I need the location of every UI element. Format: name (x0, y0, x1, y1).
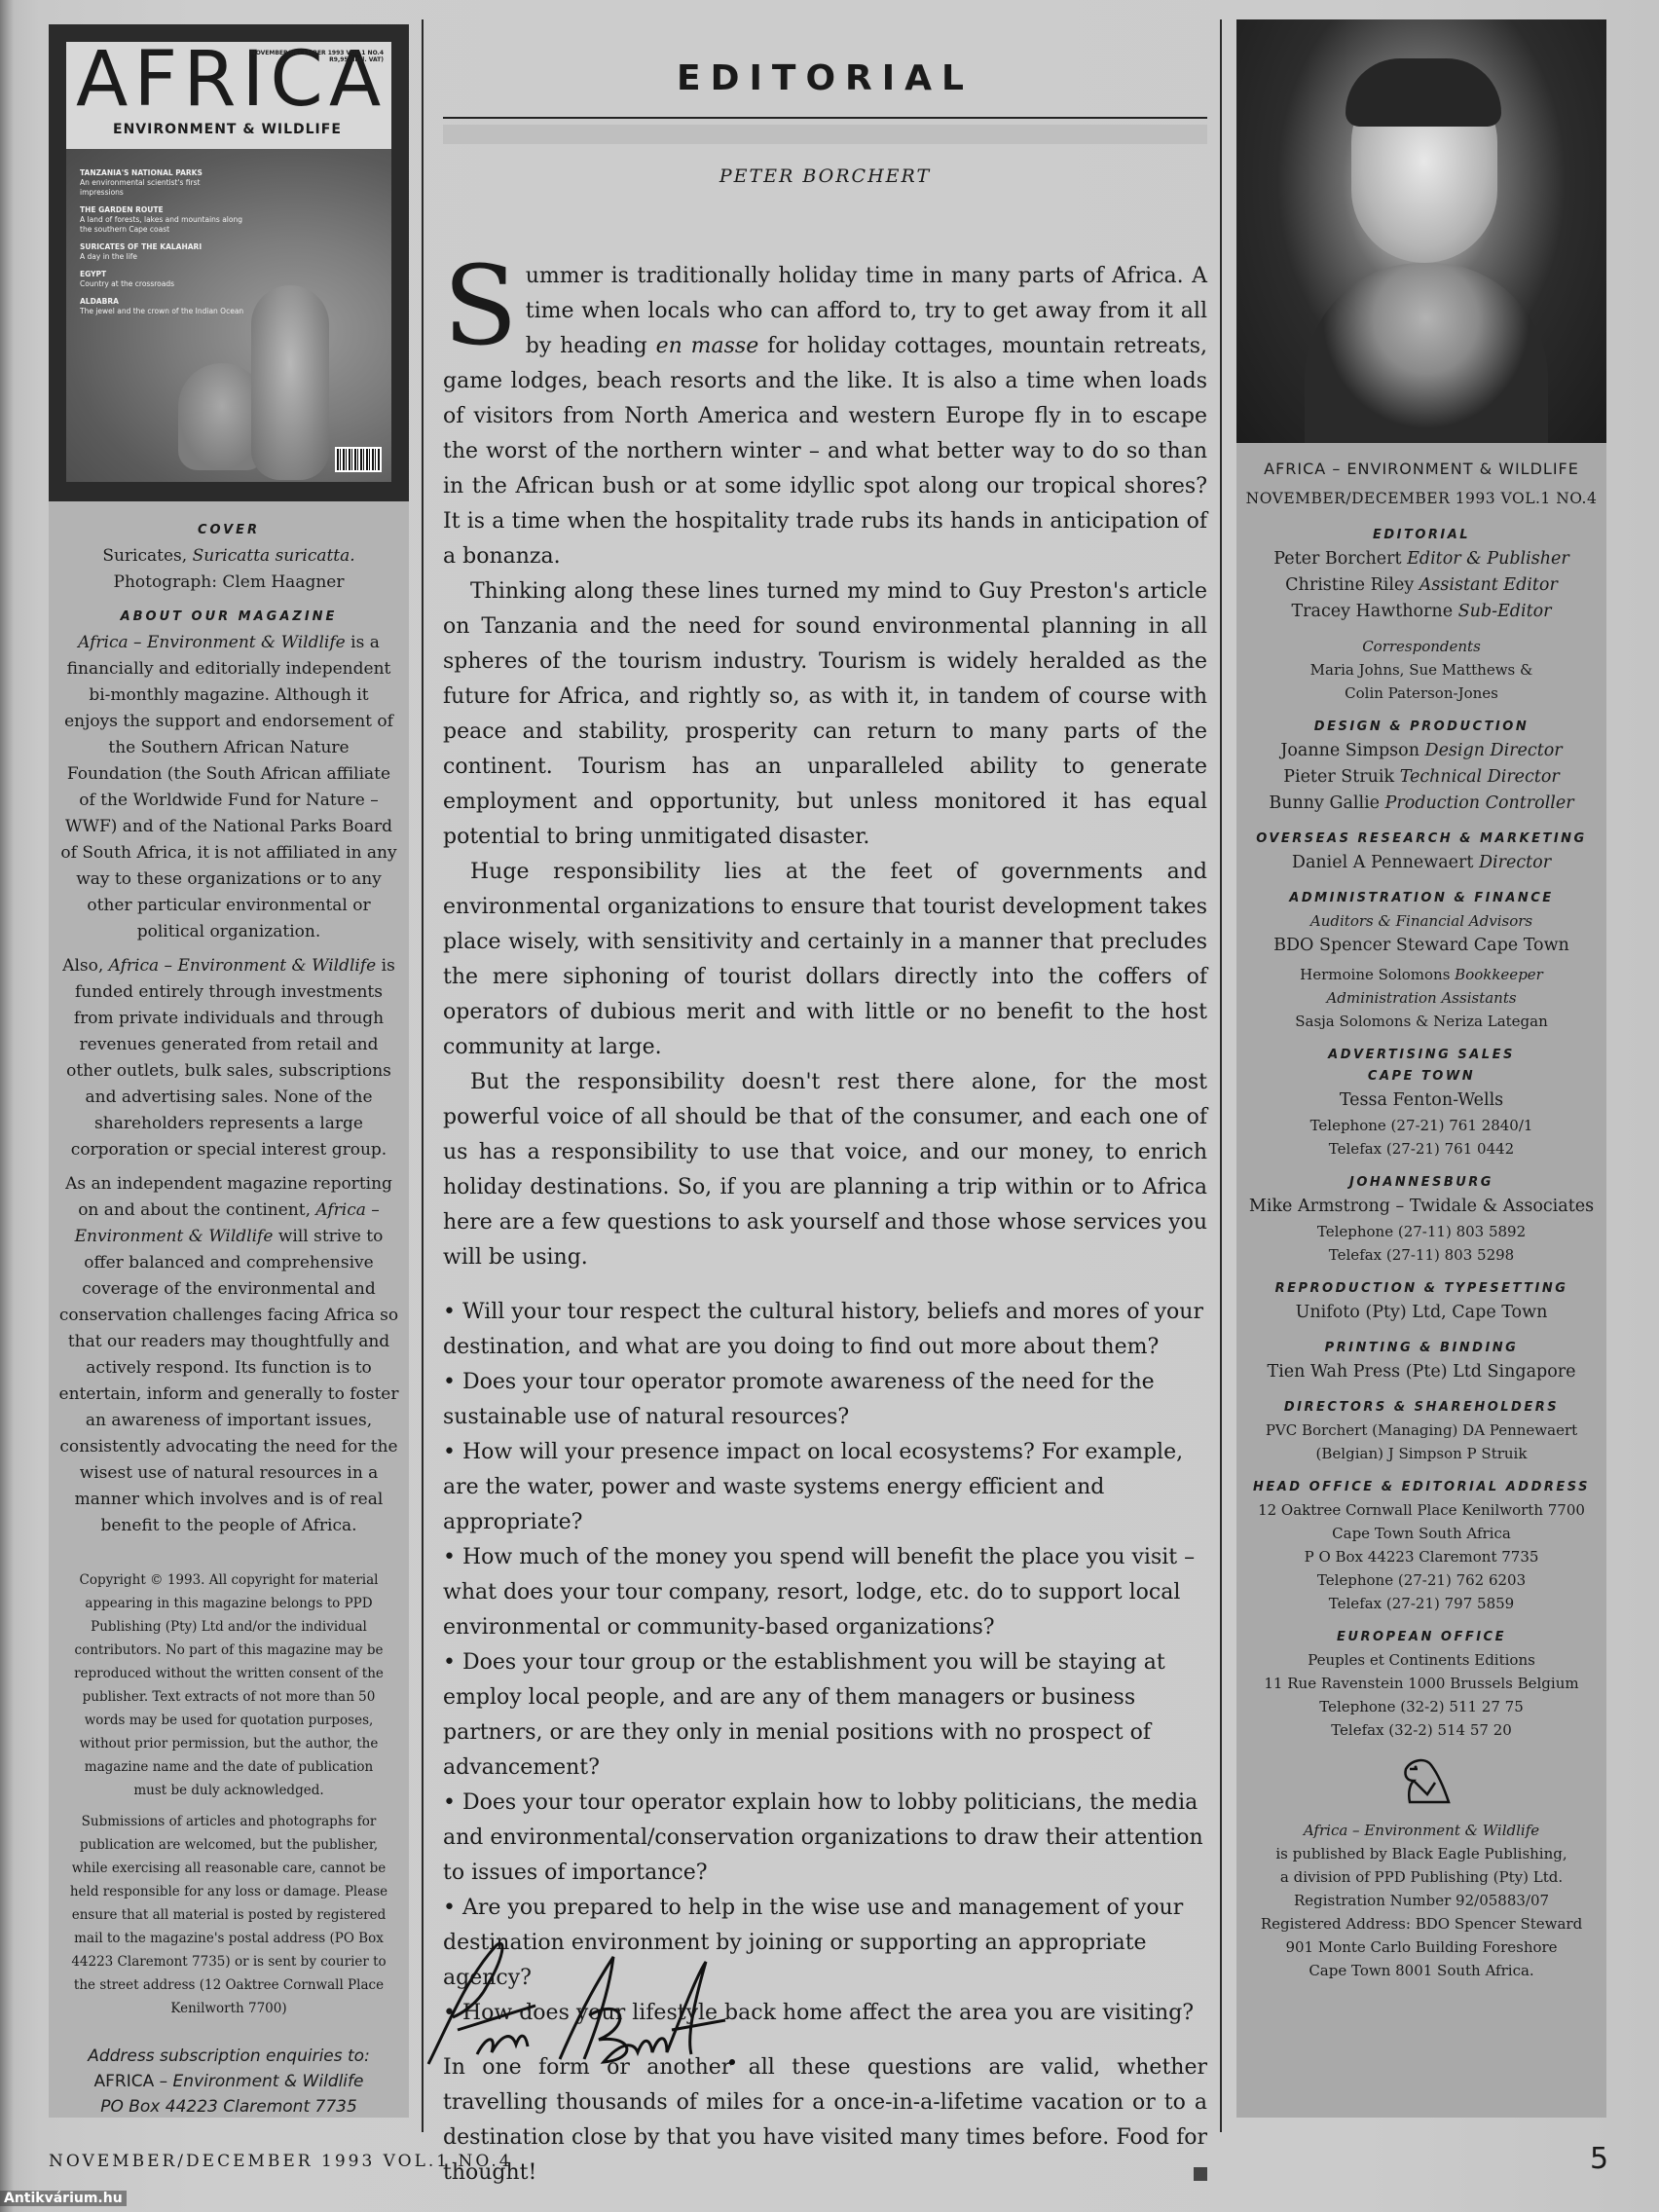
credit-line: Telefax (32-2) 514 57 20 (1236, 1718, 1606, 1742)
credit-line: Christine Riley Assistant Editor (1236, 572, 1606, 599)
byline: PETER BORCHERT (443, 166, 1207, 187)
publisher-line: 901 Monte Carlo Building Foreshore (1236, 1935, 1606, 1959)
question-item: • How much of the money you spend will b… (443, 1540, 1207, 1645)
credit-line: Tessa Fenton-Wells (1236, 1088, 1606, 1114)
cover-price: R9,95 (incl. VAT) (251, 56, 384, 63)
cover-lines: TANZANIA'S NATIONAL PARKSAn environmenta… (80, 168, 245, 324)
about-heading: ABOUT OUR MAGAZINE (49, 604, 409, 630)
column-divider-right (1220, 19, 1222, 2132)
masthead-issue: NOVEMBER/DECEMBER 1993 VOL.1 NO.4 (1236, 484, 1606, 513)
credit-line: Tracey Hawthorne Sub-Editor (1236, 599, 1606, 625)
section-heading: OVERSEAS RESEARCH & MARKETING (1236, 829, 1606, 850)
publisher-line: Cape Town 8001 South Africa. (1236, 1959, 1606, 1982)
publisher-line: Registered Address: BDO Spencer Steward (1236, 1912, 1606, 1935)
credit-line: Unifoto (Pty) Ltd, Cape Town (1236, 1300, 1606, 1326)
credit-line: Joanne Simpson Design Director (1236, 738, 1606, 764)
question-item: • Does your tour operator promote awaren… (443, 1365, 1207, 1435)
question-item: • How will your presence impact on local… (443, 1435, 1207, 1540)
editorial-article: EDITORIAL PETER BORCHERT Summer is tradi… (443, 58, 1207, 2191)
subscription-name: AFRICA – Environment & Wildlife (49, 2069, 409, 2094)
credit-line: Telefax (27-11) 803 5298 (1236, 1243, 1606, 1267)
copyright-notice: Copyright © 1993. All copyright for mate… (49, 1568, 409, 1802)
title-band (443, 125, 1207, 144)
coverline: SURICATES OF THE KALAHARIA day in the li… (80, 242, 245, 262)
credit-line: BDO Spencer Steward Cape Town (1236, 933, 1606, 959)
masthead-sidebar: AFRICA – ENVIRONMENT & WILDLIFE NOVEMBER… (1236, 19, 1606, 2118)
black-eagle-logo-icon (1392, 1755, 1451, 1806)
coverline: THE GARDEN ROUTEA land of forests, lakes… (80, 205, 245, 235)
cover-photo-credit: Photograph: Clem Haagner (49, 570, 409, 596)
credit-line: Telephone (27-21) 761 2840/1 (1236, 1114, 1606, 1137)
credit-line: Bunny Gallie Production Controller (1236, 791, 1606, 817)
credit-line: Telephone (27-11) 803 5892 (1236, 1220, 1606, 1243)
credit-line: Mike Armstrong – Twidale & Associates (1236, 1194, 1606, 1220)
publisher-line: is published by Black Eagle Publishing, (1236, 1842, 1606, 1865)
subheading: CAPE TOWN (1236, 1066, 1606, 1088)
credit-line: P O Box 44223 Claremont 7735 (1236, 1545, 1606, 1568)
cover-issue-line: NOVEMBER/DECEMBER 1993 VOL.1 NO.4 R9,95 … (251, 50, 384, 63)
drop-cap: S (443, 263, 518, 350)
barcode-icon (335, 447, 382, 472)
subscription-po-box: PO Box 44223 Claremont 7735 (49, 2094, 409, 2120)
section-heading: DESIGN & PRODUCTION (1236, 717, 1606, 738)
credit-line: Peuples et Continents Editions (1236, 1648, 1606, 1672)
submissions-notice: Submissions of articles and photographs … (49, 1810, 409, 2020)
about-magazine-text: COVER Suricates, Suricatta suricatta. Ph… (49, 511, 409, 2120)
question-item: • Does your tour group or the establishm… (443, 1645, 1207, 1786)
credit-line: 11 Rue Ravenstein 1000 Brussels Belgium (1236, 1672, 1606, 1695)
subscription-address: Address subscription enquiries to: AFRIC… (49, 2044, 409, 2120)
credit-line: Colin Paterson-Jones (1236, 682, 1606, 705)
credit-line: Telefax (27-21) 797 5859 (1236, 1592, 1606, 1615)
credit-line: PVC Borchert (Managing) DA Pennewaert (1236, 1419, 1606, 1442)
page-title: EDITORIAL (443, 58, 1207, 113)
masthead-title: AFRICA – ENVIRONMENT & WILDLIFE (1236, 455, 1606, 484)
article-body: Summer is traditionally holiday time in … (443, 259, 1207, 2191)
paragraph-3: Huge responsibility lies at the feet of … (443, 855, 1207, 1065)
credit-line: Telephone (32-2) 511 27 75 (1236, 1695, 1606, 1718)
subheading: Administration Assistants (1236, 986, 1606, 1010)
title-rule (443, 117, 1207, 119)
about-paragraph-1: Africa – Environment & Wildlife is a fin… (49, 630, 409, 945)
credit-line: Peter Borchert Editor & Publisher (1236, 546, 1606, 572)
about-paragraph-2: Also, Africa – Environment & Wildlife is… (49, 953, 409, 1163)
credit-line: 12 Oaktree Cornwall Place Kenilworth 770… (1236, 1498, 1606, 1522)
question-item: • Does your tour operator explain how to… (443, 1786, 1207, 1891)
portrait-hair (1346, 58, 1501, 127)
left-sidebar: AFRICA ENVIRONMENT & WILDLIFE NOVEMBER/D… (49, 24, 409, 2118)
question-item: • Will your tour respect the cultural hi… (443, 1295, 1207, 1365)
publisher-name: Africa – Environment & Wildlife (1236, 1819, 1606, 1842)
section-heading: EUROPEAN OFFICE (1236, 1627, 1606, 1648)
credit-line: Sasja Solomons & Neriza Lategan (1236, 1010, 1606, 1033)
credit-line: (Belgian) J Simpson P Struik (1236, 1442, 1606, 1465)
source-watermark: Antikvárium.hu (0, 2191, 127, 2206)
credit-line: Telefax (27-21) 761 0442 (1236, 1137, 1606, 1161)
credit-line: Pieter Struik Technical Director (1236, 764, 1606, 791)
credit-line: Telephone (27-21) 762 6203 (1236, 1568, 1606, 1592)
coverline: TANZANIA'S NATIONAL PARKSAn environmenta… (80, 168, 245, 198)
section-heading: ADVERTISING SALES (1236, 1045, 1606, 1066)
cover-subtitle: ENVIRONMENT & WILDLIFE (113, 122, 342, 137)
signature-peter-borchert (389, 1937, 740, 2074)
publisher-line: a division of PPD Publishing (Pty) Ltd. (1236, 1865, 1606, 1889)
end-mark-icon (1194, 2167, 1207, 2181)
credit-line: Tien Wah Press (Pte) Ltd Singapore (1236, 1359, 1606, 1385)
magazine-cover-image: AFRICA ENVIRONMENT & WILDLIFE NOVEMBER/D… (49, 24, 409, 501)
paragraph-2: Thinking along these lines turned my min… (443, 574, 1207, 855)
credit-line: Daniel A Pennewaert Director (1236, 850, 1606, 876)
previous-page-edge (0, 0, 14, 2212)
cover-caption: Suricates, Suricatta suricatta. (49, 543, 409, 570)
paragraph-1: Summer is traditionally holiday time in … (443, 259, 1207, 574)
paragraph-4: But the responsibility doesn't rest ther… (443, 1065, 1207, 1275)
subheading: Auditors & Financial Advisors (1236, 909, 1606, 933)
publisher-line: Registration Number 92/05883/07 (1236, 1889, 1606, 1912)
editor-portrait-photo (1236, 19, 1606, 443)
section-heading: EDITORIAL (1236, 525, 1606, 546)
footer-issue-date: NOVEMBER/DECEMBER 1993 VOL.1 NO.4 (49, 2152, 513, 2171)
section-heading: ADMINISTRATION & FINANCE (1236, 888, 1606, 909)
page-number: 5 (1590, 2142, 1608, 2176)
section-heading: HEAD OFFICE & EDITORIAL ADDRESS (1236, 1477, 1606, 1498)
portrait-jacket (1305, 263, 1548, 443)
cover-issue-date: NOVEMBER/DECEMBER 1993 VOL.1 NO.4 (251, 50, 384, 56)
credit-line: Hermoine Solomons Bookkeeper (1236, 963, 1606, 986)
section-heading: JOHANNESBURG (1236, 1172, 1606, 1194)
cover-heading: COVER (49, 517, 409, 543)
correspondents-heading: Correspondents (1236, 635, 1606, 658)
section-heading: PRINTING & BINDING (1236, 1338, 1606, 1359)
section-heading: DIRECTORS & SHAREHOLDERS (1236, 1397, 1606, 1419)
section-heading: REPRODUCTION & TYPESETTING (1236, 1278, 1606, 1300)
cover-masthead: AFRICA ENVIRONMENT & WILDLIFE NOVEMBER/D… (66, 42, 391, 149)
credit-line: Maria Johns, Sue Matthews & (1236, 658, 1606, 682)
coverline: EGYPTCountry at the crossroads (80, 270, 245, 289)
subscription-heading: Address subscription enquiries to: (49, 2044, 409, 2069)
column-divider-left (422, 19, 424, 2132)
suricate-adult (251, 285, 329, 480)
about-paragraph-3: As an independent magazine reporting on … (49, 1171, 409, 1539)
coverline: ALDABRAThe jewel and the crown of the In… (80, 297, 245, 316)
masthead-credits: AFRICA – ENVIRONMENT & WILDLIFE NOVEMBER… (1236, 455, 1606, 1982)
question-list: • Will your tour respect the cultural hi… (443, 1295, 1207, 2031)
credit-line: Cape Town South Africa (1236, 1522, 1606, 1545)
